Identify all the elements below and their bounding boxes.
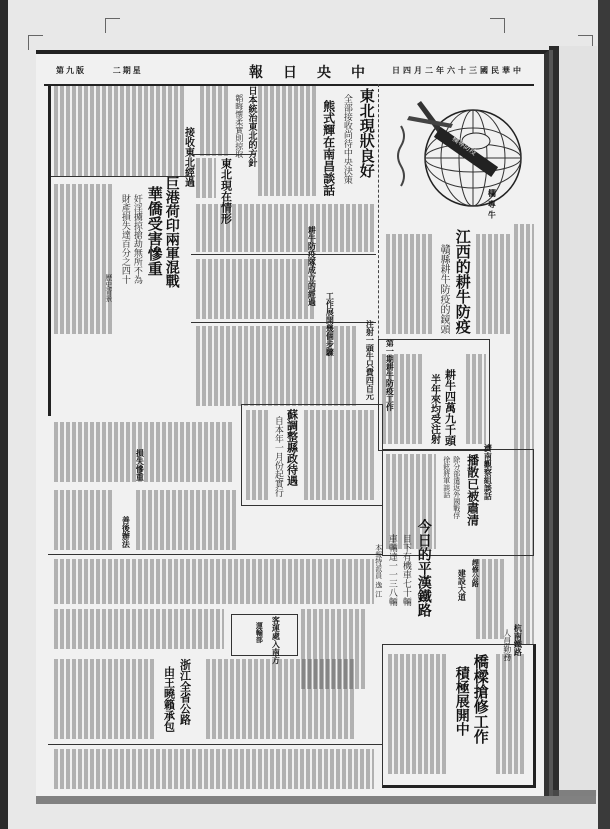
subhead-jiangxi: 贛縣耕牛防疫的鏡頭 — [438, 244, 449, 334]
headline-jiangxi: 江西的耕牛防疫 — [454, 229, 470, 334]
text-block — [54, 86, 184, 176]
globe-airplane-illustration: 欄專防疫 — [391, 86, 526, 221]
text-block — [196, 204, 376, 252]
headline-rail: 今日的平漢鐵路 — [416, 519, 431, 617]
text-block — [386, 234, 434, 334]
scan-edge-right — [598, 0, 610, 829]
subhead-rail-2: 車輛達一一三八輛 — [386, 534, 396, 606]
column-label: 欄 專 牛 — [488, 189, 496, 219]
headline-cattle: 耕牛四萬九千頭 — [444, 369, 456, 446]
section-rule — [191, 254, 376, 255]
subhead-zhejiang: 由王曉籟承包 — [163, 666, 175, 732]
issue-day: 二期星 — [113, 65, 143, 75]
text-block — [496, 654, 526, 774]
section-rule — [48, 554, 383, 555]
publication-date: 日四月二年六十三國民華中 — [392, 65, 524, 76]
crop-mark — [105, 18, 120, 33]
headline-history: 歷史背景 — [104, 274, 112, 302]
subhead-transport: 運輸部 — [256, 622, 263, 643]
section-rule — [191, 154, 256, 155]
text-block — [196, 158, 216, 198]
text-block — [466, 354, 486, 444]
headline-injection: 注射一頭牛只費四百元 — [366, 320, 374, 400]
section-rule — [48, 744, 383, 745]
subhead-cleanup-3: 徐鉉將軍談話 — [442, 456, 450, 498]
edition-number: 第九版 — [56, 65, 86, 75]
headline-cleanup: 播散已被肅清 — [466, 454, 479, 526]
binding-strip — [549, 46, 559, 796]
text-block — [258, 86, 318, 196]
subhead-rail-1: 目下有機車七十輛 — [400, 534, 410, 606]
crop-mark — [490, 18, 505, 33]
text-block — [54, 659, 154, 739]
text-block — [514, 224, 534, 644]
subhead-northeast-2: 熊式輝在南昌談話 — [322, 100, 335, 196]
newspaper-page: 第九版 二期星 報日央中 日四月二年六十三國民華中 欄專防疫 欄 專 牛 江西的… — [36, 50, 549, 796]
subhead-road-build: 建設大道 — [458, 569, 466, 601]
text-block — [196, 326, 356, 406]
headline-transport: 客運處入南方 — [272, 616, 280, 664]
text-block — [206, 659, 356, 739]
text-block — [54, 559, 374, 604]
text-block — [196, 259, 316, 319]
text-block — [388, 654, 448, 774]
subhead-cleanup-2: 除分部遣返外國戰俘 — [452, 456, 460, 519]
scan-edge-left — [0, 0, 8, 829]
text-block — [54, 609, 224, 649]
adjacent-page-edge — [559, 46, 597, 796]
text-block — [54, 749, 374, 789]
article-frame — [241, 404, 383, 506]
subhead-cleanup-1: 濟南觀察組談話 — [484, 444, 492, 500]
subhead-bridge: 積極展開中 — [454, 666, 469, 736]
rail-byline: 本報特派員 逸 江 — [374, 544, 382, 597]
masthead: 第九版 二期星 報日央中 日四月二年六十三國民華中 — [44, 62, 534, 86]
headline-zhejiang: 浙江全省公路 — [179, 659, 191, 725]
headline-northeast: 東北現狀良好 — [358, 88, 374, 178]
text-block — [476, 234, 512, 334]
text-block — [382, 354, 422, 444]
text-block — [136, 490, 236, 550]
edition-info: 第九版 二期星 — [56, 65, 165, 76]
subhead-cattle: 半年來均受注射 — [428, 374, 439, 444]
article-frame — [231, 614, 298, 656]
crop-mark — [28, 35, 43, 50]
article-frame — [48, 176, 191, 416]
subhead-northeast-1: 全部接收尚待中央決策 — [341, 94, 351, 184]
text-block — [54, 490, 114, 550]
text-block — [476, 559, 506, 639]
headline-bridge: 橋樑搶修工作 — [472, 654, 488, 744]
text-block — [54, 422, 234, 482]
section-rule — [191, 322, 376, 323]
text-block — [200, 86, 230, 156]
newspaper-title: 報日央中 — [249, 62, 385, 82]
subhead-japan-policy: 韜晦懷柔實則掠取 — [234, 94, 243, 158]
headline-relief: 善後辦法 — [122, 516, 130, 548]
